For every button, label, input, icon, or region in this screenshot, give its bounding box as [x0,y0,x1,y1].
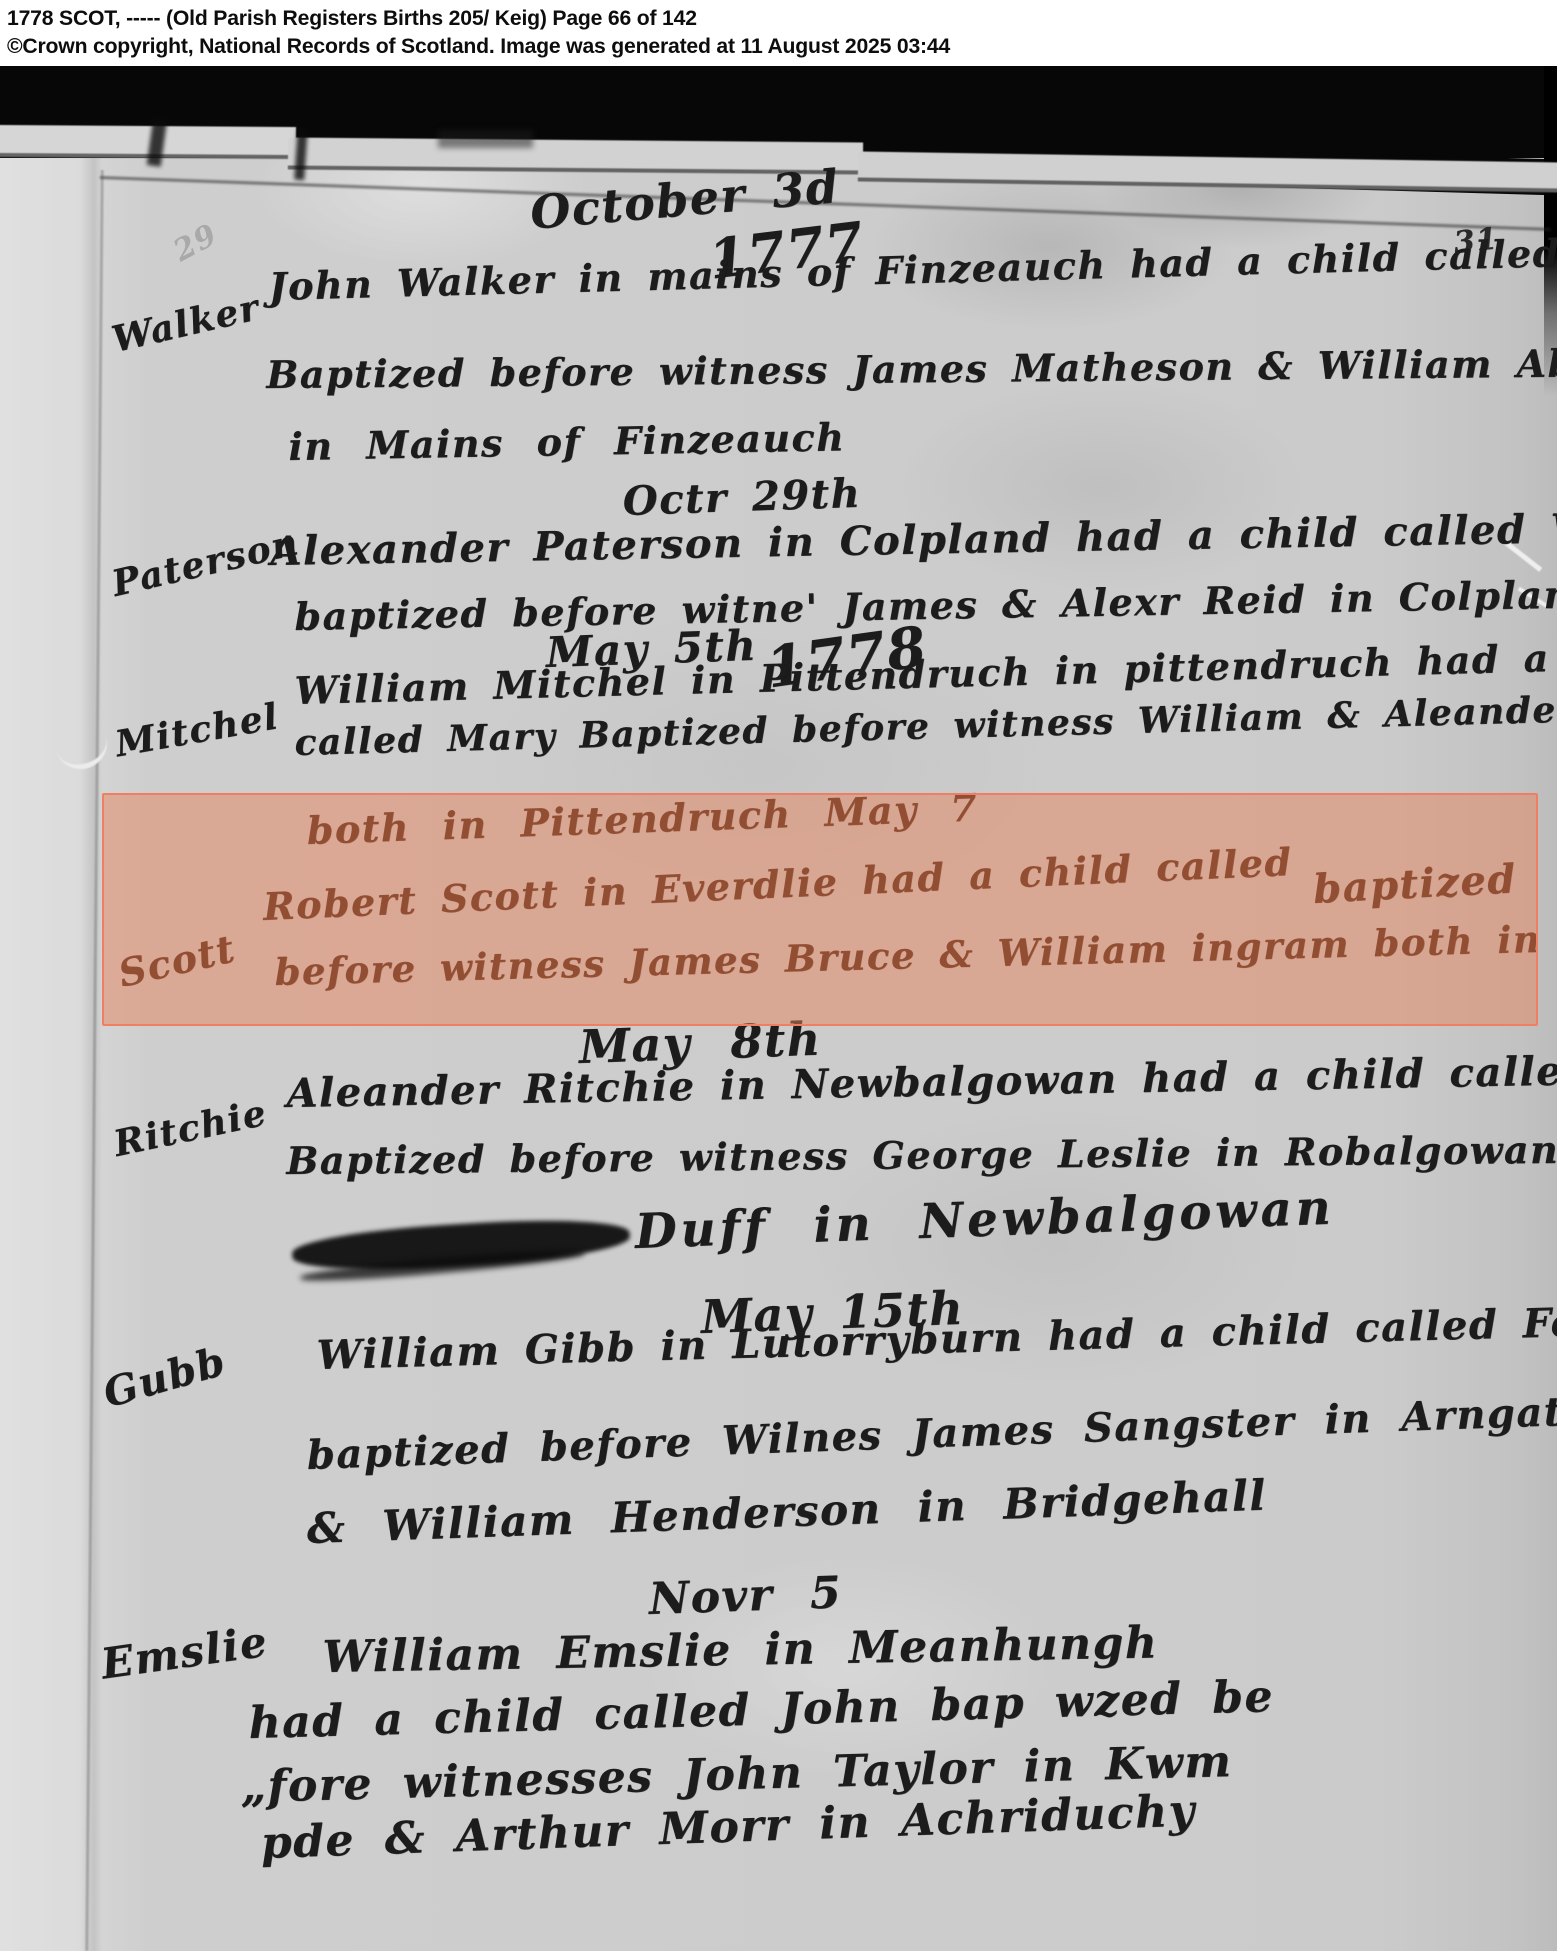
caption-title: 1778 SCOT, ----- (Old Parish Registers B… [7,5,697,31]
record-viewer: 1778 SCOT, ----- (Old Parish Registers B… [0,0,1557,1951]
page-fold-shadow [438,130,533,148]
date-heading-oct29: Octr 29th [622,470,862,525]
date-heading-nov5: Novr 5 [648,1567,843,1625]
caption-copyright: ©Crown copyright, National Records of Sc… [7,33,950,59]
